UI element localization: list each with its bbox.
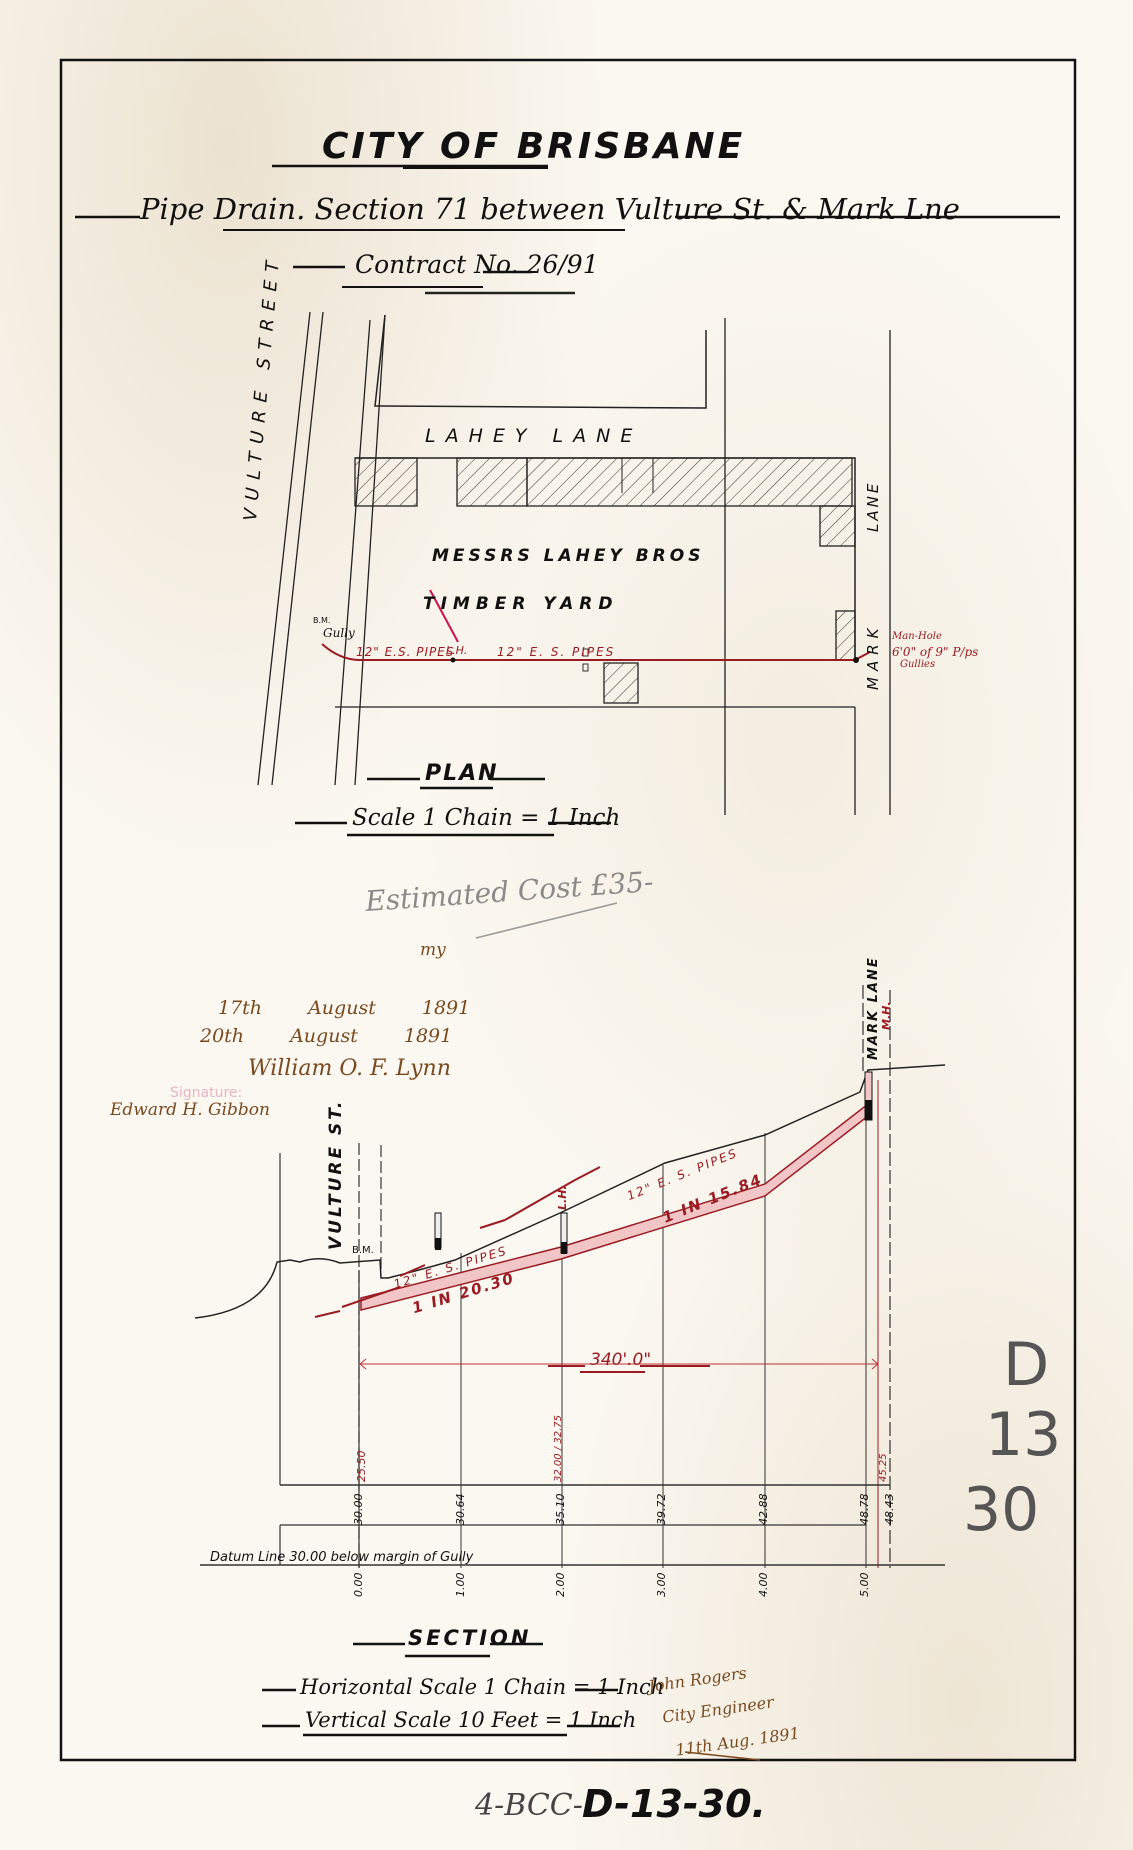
plan-manhole-label: Man-Hole <box>892 631 942 642</box>
stamp-signature-label: Signature: <box>170 1085 242 1101</box>
chainage-label: 3.00 <box>655 1573 668 1598</box>
document-subtitle: Pipe Drain. Section 71 between Vulture S… <box>140 192 960 226</box>
invert-level: 25.50 <box>355 1451 368 1483</box>
plan-pipes-label-1: 12" E.S. PIPES <box>356 645 454 659</box>
plan-heading: PLAN <box>425 761 499 786</box>
section-mh-label: M.H. <box>880 1001 893 1030</box>
stamp-date-1: 17th August 1891 <box>218 997 470 1019</box>
plan-owner-label: MESSRS LAHEY BROS <box>432 546 704 566</box>
surface-level: 35.10 <box>554 1494 567 1526</box>
stamp-signature: William O. F. Lynn <box>248 1056 451 1081</box>
plan-pipe-note: 6'0" of 9" P/ps <box>892 645 978 659</box>
surface-level: 42.88 <box>757 1494 770 1526</box>
section-length-dimension: 340'.0" <box>590 1350 651 1370</box>
building-hatched <box>355 458 417 506</box>
surface-level: 30.64 <box>454 1494 467 1526</box>
section-horizontal-scale: Horizontal Scale 1 Chain = 1 Inch <box>300 1675 664 1699</box>
reference-stamp-d: D <box>1003 1330 1049 1400</box>
surface-level: 48.43 <box>883 1494 896 1526</box>
chainage-label: 2.00 <box>554 1573 567 1598</box>
stamp-signature-2: Edward H. Gibbon <box>110 1100 270 1120</box>
reference-stamp-13: 13 <box>985 1400 1061 1470</box>
stamp-line: my <box>420 940 446 960</box>
plan-mark-lane-bottom-label: MARK <box>864 623 882 690</box>
stamp-date-2: 20th August 1891 <box>200 1025 452 1047</box>
reference-stamp-30: 30 <box>963 1475 1039 1545</box>
plan-gully-label: Gully <box>323 626 355 640</box>
invert-level: 32.00 / 32.75 <box>553 1415 564 1482</box>
plan-pipes-label-2: 12" E. S. PIPES <box>497 645 615 659</box>
section-heading: SECTION <box>408 1626 531 1650</box>
plan-lh-label: L.H. <box>446 644 467 657</box>
surface-level: 30.00 <box>352 1494 365 1526</box>
plan-mark-lane-top-label: LANE <box>864 481 882 532</box>
chainage-label: 5.00 <box>858 1573 871 1598</box>
chainage-label: 0.00 <box>352 1573 365 1598</box>
section-bm-label: B.M. <box>352 1245 374 1256</box>
section-vertical-scale: Vertical Scale 10 Feet = 1 Inch <box>305 1708 636 1732</box>
plan-gullies-label: Gullies <box>900 659 935 670</box>
surface-level: 39.72 <box>655 1494 668 1526</box>
section-mark-lane-label: MARK LANE <box>866 956 881 1060</box>
plan-lahey-lane-label: LAHEY LANE <box>425 425 642 447</box>
plan-scale: Scale 1 Chain = 1 Inch <box>352 805 620 831</box>
chainage-label: 4.00 <box>757 1573 770 1598</box>
plan-timber-yard-label: TIMBER YARD <box>423 594 618 614</box>
chainage-label: 1.00 <box>454 1573 467 1598</box>
contract-number: Contract No. 26/91 <box>355 250 599 279</box>
invert-level: 45.25 <box>878 1453 889 1482</box>
document-title: CITY OF BRISBANE <box>322 126 745 167</box>
section-vulture-label: VULTURE ST. <box>326 1099 346 1250</box>
reference-code-prefix: 4-BCC- <box>475 1788 583 1823</box>
reference-code: D-13-30. <box>582 1782 766 1826</box>
datum-line-label: Datum Line 30.00 below margin of Gully <box>210 1550 473 1565</box>
drawing-border <box>61 60 1075 1760</box>
surface-level: 48.78 <box>858 1494 871 1526</box>
section-lh-label: L.H. <box>556 1185 569 1210</box>
plan-bm-label: B.M. <box>313 616 330 625</box>
